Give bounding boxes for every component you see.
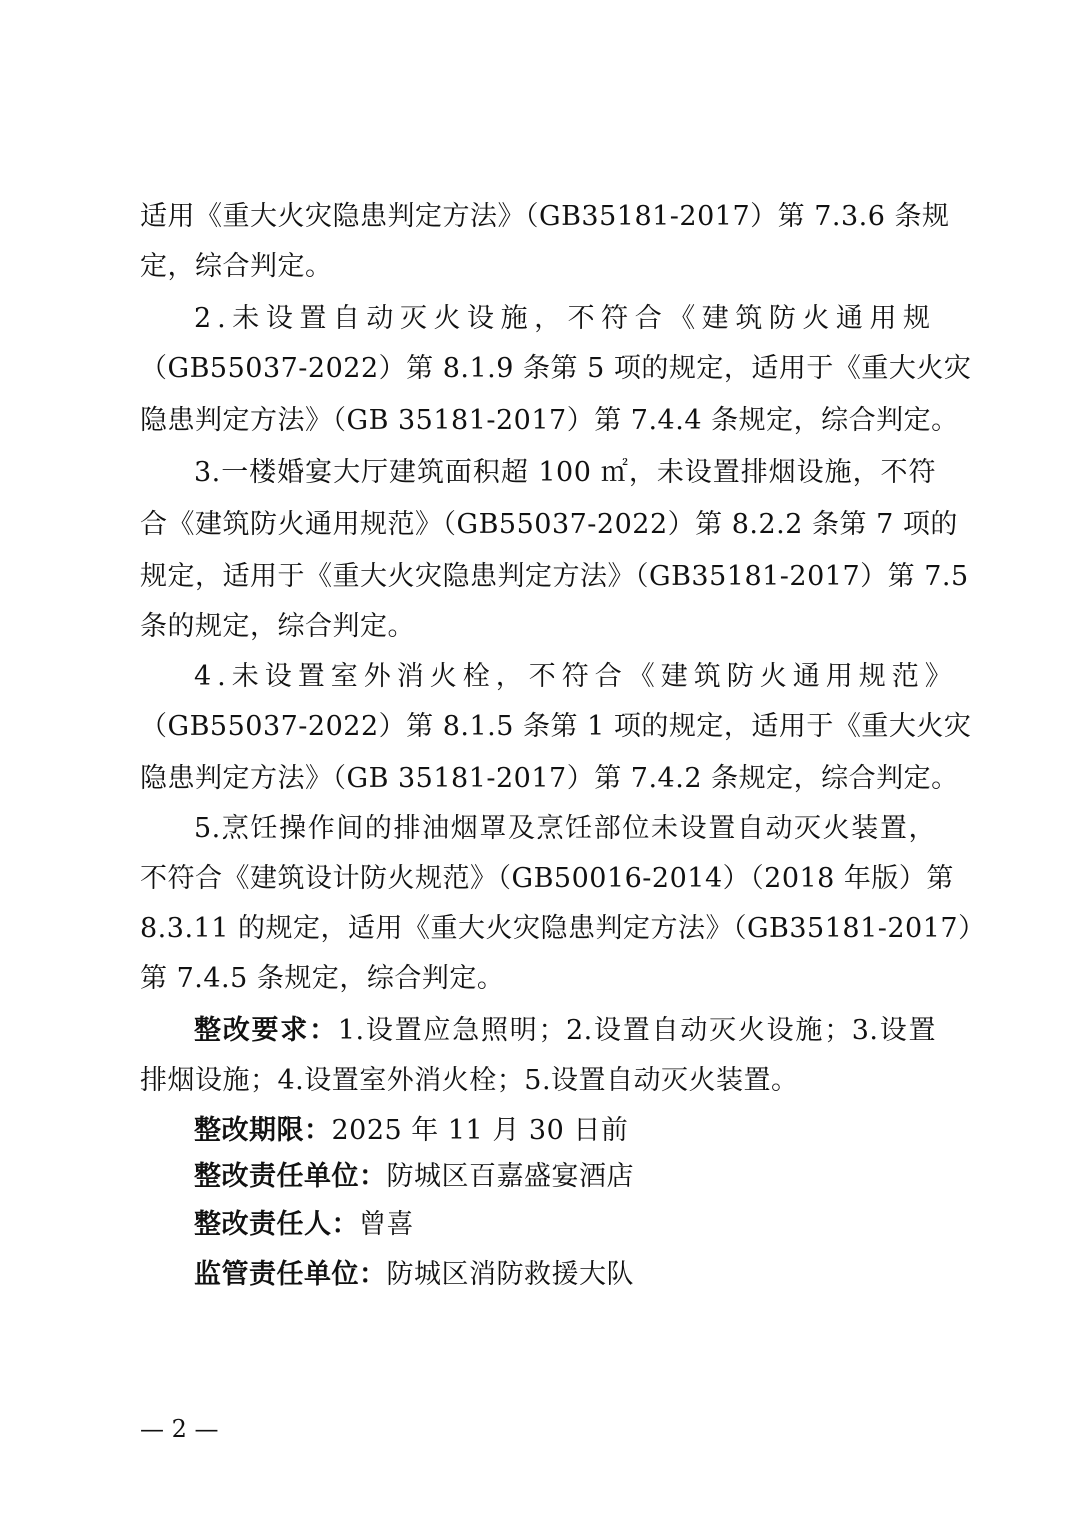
responsible-person-line: 整改责任人：曾喜 (194, 1208, 936, 1242)
deadline-value: 2025 年 11 月 30 日前 (332, 1115, 629, 1146)
deadline-label: 整改期限： (194, 1115, 332, 1146)
responsible-person-value: 曾喜 (359, 1209, 414, 1240)
responsible-unit-line: 整改责任单位：防城区百嘉盛宴酒店 (194, 1160, 936, 1194)
requirements-value: 1.设置应急照明；2.设置自动灭火设施；3.设置 (338, 1015, 936, 1046)
body-line: 隐患判定方法》（GB 35181-2017）第 7.4.2 条规定，综合判定。 (140, 762, 936, 796)
responsible-unit-value: 防城区百嘉盛宴酒店 (387, 1161, 635, 1192)
item-5-line: 5.烹饪操作间的排油烟罩及烹饪部位未设置自动灭火装置， (194, 812, 936, 846)
item-2-line: 2.未设置自动灭火设施，不符合《建筑防火通用规 (194, 302, 936, 336)
requirements-line: 整改要求：1.设置应急照明；2.设置自动灭火设施；3.设置 (194, 1014, 936, 1048)
supervisor-label: 监管责任单位： (194, 1259, 387, 1290)
document-page: 适用《重大火灾隐患判定方法》（GB35181-2017）第 7.3.6 条规 定… (0, 0, 1074, 1520)
body-line: （GB55037-2022）第 8.1.5 条第 1 项的规定，适用于《重大火灾 (140, 710, 936, 744)
requirements-line-2: 排烟设施；4.设置室外消火栓；5.设置自动灭火装置。 (140, 1064, 936, 1098)
body-line: 不符合《建筑设计防火规范》（GB50016-2014）（2018 年版）第 (140, 862, 936, 896)
deadline-line: 整改期限：2025 年 11 月 30 日前 (194, 1114, 936, 1148)
body-line: 8.3.11 的规定，适用《重大火灾隐患判定方法》（GB35181-2017） (140, 912, 936, 946)
body-line: 适用《重大火灾隐患判定方法》（GB35181-2017）第 7.3.6 条规 (140, 200, 936, 234)
item-4-line: 4.未设置室外消火栓，不符合《建筑防火通用规范》 (194, 660, 936, 694)
body-line: 条的规定，综合判定。 (140, 610, 936, 644)
body-line: （GB55037-2022）第 8.1.9 条第 5 项的规定，适用于《重大火灾 (140, 352, 936, 386)
requirements-label: 整改要求： (194, 1015, 338, 1046)
body-line: 定，综合判定。 (140, 250, 936, 284)
body-line: 隐患判定方法》（GB 35181-2017）第 7.4.4 条规定，综合判定。 (140, 404, 936, 438)
responsible-unit-label: 整改责任单位： (194, 1161, 387, 1192)
supervisor-line: 监管责任单位：防城区消防救援大队 (194, 1258, 936, 1292)
body-line: 第 7.4.5 条规定，综合判定。 (140, 962, 936, 996)
body-line: 合《建筑防火通用规范》（GB55037-2022）第 8.2.2 条第 7 项的 (140, 508, 936, 542)
responsible-person-label: 整改责任人： (194, 1209, 359, 1240)
page-number: — 2 — (140, 1414, 219, 1444)
body-line: 规定，适用于《重大火灾隐患判定方法》（GB35181-2017）第 7.5 (140, 560, 936, 594)
supervisor-value: 防城区消防救援大队 (387, 1259, 635, 1290)
item-3-line: 3.一楼婚宴大厅建筑面积超 100 ㎡，未设置排烟设施，不符 (194, 456, 936, 490)
